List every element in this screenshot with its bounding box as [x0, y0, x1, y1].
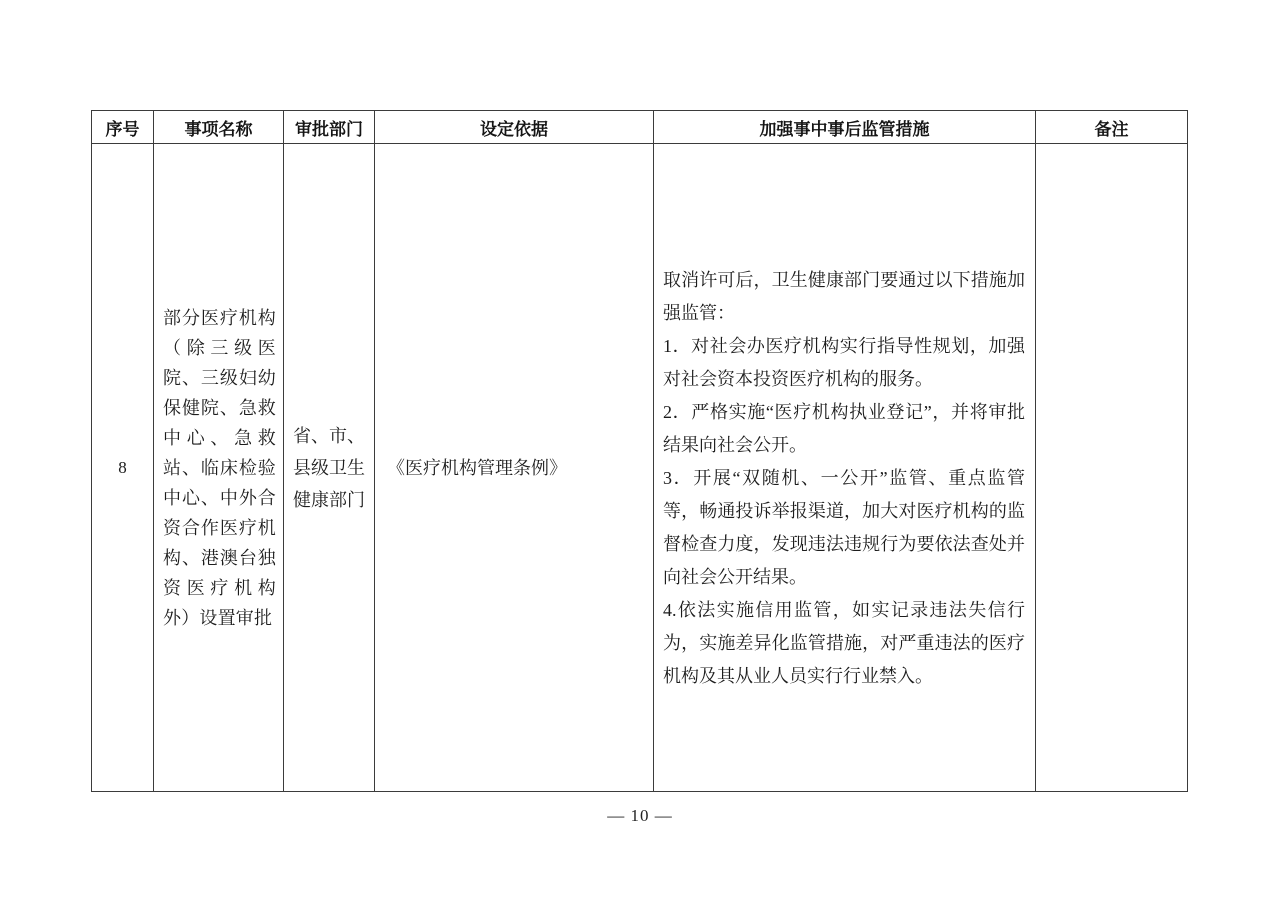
cell-approval-department: 省、市、县级卫生健康部门 [284, 144, 375, 791]
measures-item-2: 2．严格实施“医疗机构执业登记”，并将审批结果向社会公开。 [663, 396, 1025, 462]
legal-basis-text: 《医疗机构管理条例》 [375, 455, 653, 481]
column-header-serial: 序号 [92, 111, 154, 144]
page-number: — 10 — [0, 806, 1280, 826]
cell-remarks [1036, 144, 1187, 791]
measures-item-1: 1．对社会办医疗机构实行指导性规划，加强对社会资本投资医疗机构的服务。 [663, 330, 1025, 396]
cell-supervision-measures: 取消许可后，卫生健康部门要通过以下措施加强监管： 1．对社会办医疗机构实行指导性… [654, 144, 1036, 791]
column-header-item-name: 事项名称 [154, 111, 284, 144]
serial-number-value: 8 [118, 458, 127, 478]
column-header-approval-department: 审批部门 [284, 111, 375, 144]
measures-item-4: 4.依法实施信用监管，如实记录违法失信行为，实施差异化监管措施，对严重违法的医疗… [663, 594, 1025, 693]
cell-item-name: 部分医疗机构（除三级医院、三级妇幼保健院、急救中心、急救站、临床检验中心、中外合… [154, 144, 284, 791]
cell-legal-basis: 《医疗机构管理条例》 [375, 144, 654, 791]
approval-department-text: 省、市、县级卫生健康部门 [284, 420, 374, 516]
column-header-legal-basis: 设定依据 [375, 111, 654, 144]
measures-item-3: 3．开展“双随机、一公开”监管、重点监管等，畅通投诉举报渠道，加大对医疗机构的监… [663, 462, 1025, 594]
document-page: 序号 事项名称 审批部门 设定依据 加强事中事后监管措施 备注 8 部分医疗机构… [0, 0, 1280, 905]
column-header-remarks: 备注 [1036, 111, 1187, 144]
cell-serial-number: 8 [92, 144, 154, 791]
measures-intro: 取消许可后，卫生健康部门要通过以下措施加强监管： [663, 264, 1025, 330]
column-header-supervision-measures: 加强事中事后监管措施 [654, 111, 1036, 144]
approval-items-table: 序号 事项名称 审批部门 设定依据 加强事中事后监管措施 备注 8 部分医疗机构… [91, 110, 1188, 792]
item-name-text: 部分医疗机构（除三级医院、三级妇幼保健院、急救中心、急救站、临床检验中心、中外合… [154, 303, 283, 633]
